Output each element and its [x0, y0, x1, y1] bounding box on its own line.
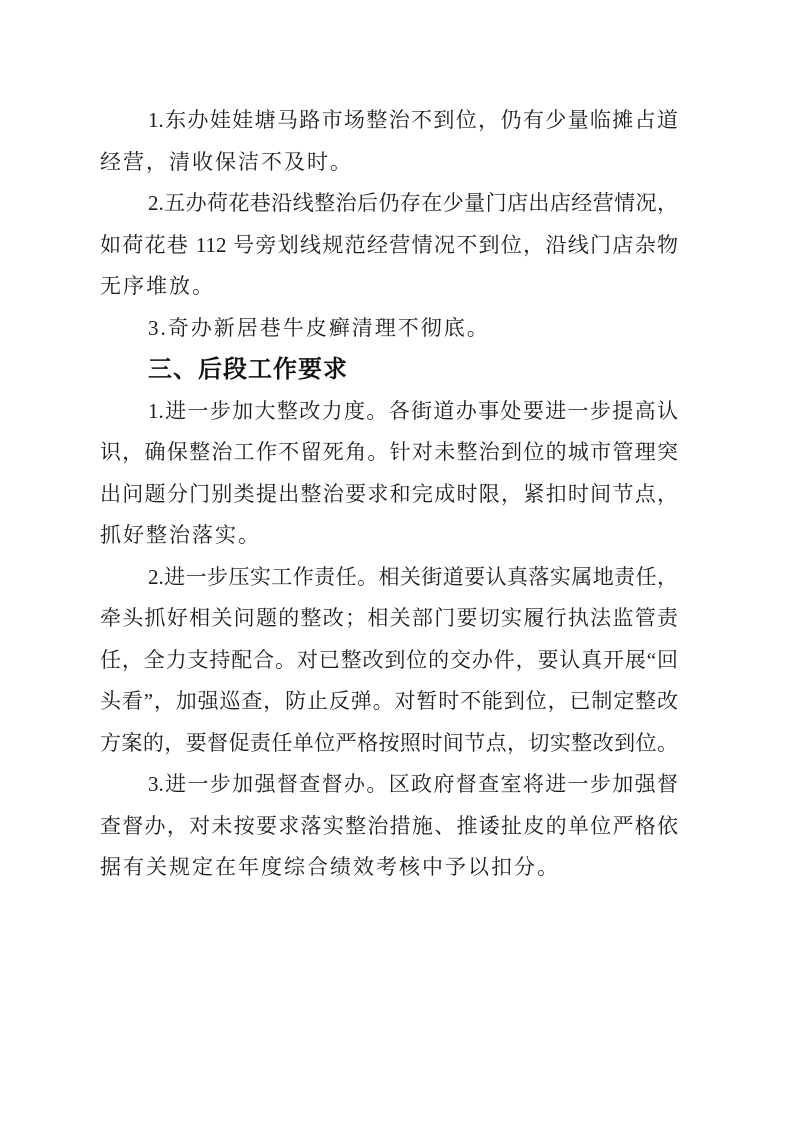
body-line: 2.进一步压实工作责任。相关街道要认真落实属地责任， [100, 557, 678, 599]
body-line: 据有关规定在年度综合绩效考核中予以扣分。 [100, 847, 678, 889]
text-block: 1.东办娃娃塘马路市场整治不到位，仍有少量临摊占道 经营，清收保洁不及时。 2.… [100, 100, 678, 889]
body-line: 如荷花巷 112 号旁划线规范经营情况不到位，沿线门店杂物 [100, 225, 678, 267]
body-line: 牵头抓好相关问题的整改；相关部门要切实履行执法监管责 [100, 598, 678, 640]
body-line: 头看”，加强巡查，防止反弹。对暂时不能到位，已制定整改 [100, 681, 678, 723]
body-line: 抓好整治落实。 [100, 515, 678, 557]
body-line: 方案的，要督促责任单位严格按照时间节点，切实整改到位。 [100, 723, 678, 765]
body-line: 3.进一步加强督查督办。区政府督查室将进一步加强督 [100, 764, 678, 806]
section-heading: 三、后段工作要求 [100, 349, 678, 391]
body-line: 出问题分门别类提出整治要求和完成时限，紧扣时间节点， [100, 474, 678, 516]
body-line: 任，全力支持配合。对已整改到位的交办件，要认真开展“回 [100, 640, 678, 682]
body-line: 2.五办荷花巷沿线整治后仍存在少量门店出店经营情况， [100, 183, 678, 225]
body-line: 1.进一步加大整改力度。各街道办事处要进一步提高认 [100, 391, 678, 433]
document-page: 1.东办娃娃塘马路市场整治不到位，仍有少量临摊占道 经营，清收保洁不及时。 2.… [0, 0, 793, 1122]
body-line: 无序堆放。 [100, 266, 678, 308]
body-line: 经营，清收保洁不及时。 [100, 142, 678, 184]
body-line: 识，确保整治工作不留死角。针对未整治到位的城市管理突 [100, 432, 678, 474]
body-line: 查督办，对未按要求落实整治措施、推诿扯皮的单位严格依 [100, 806, 678, 848]
body-line: 3.奇办新居巷牛皮癣清理不彻底。 [100, 308, 678, 350]
body-line: 1.东办娃娃塘马路市场整治不到位，仍有少量临摊占道 [100, 100, 678, 142]
